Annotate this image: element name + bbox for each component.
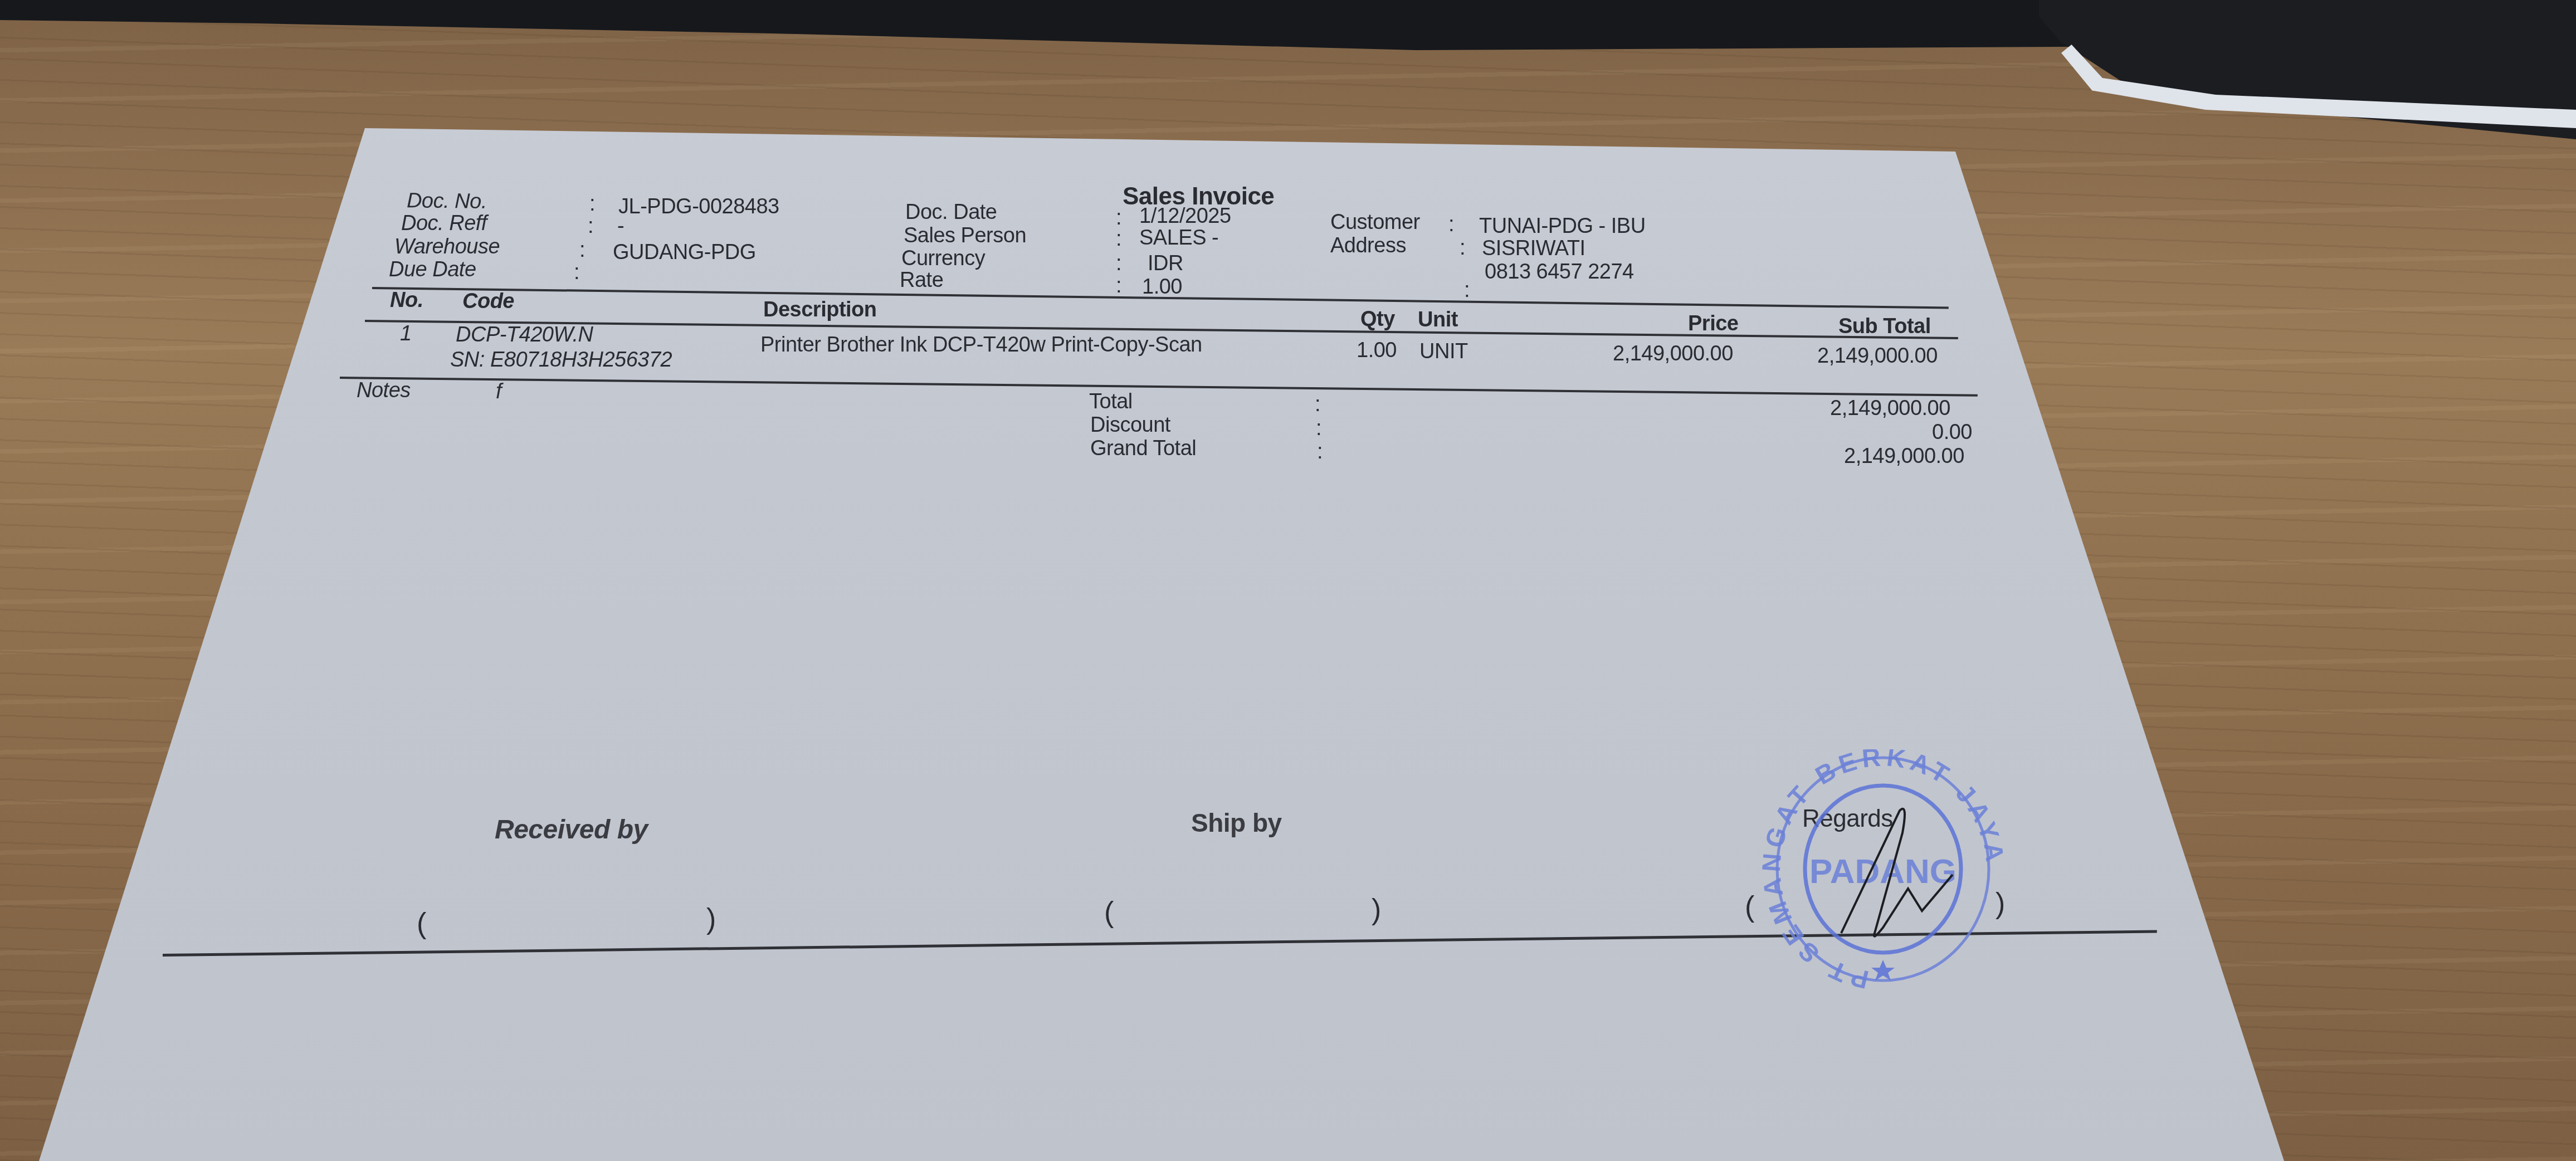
doc-reff-value: - [617, 214, 624, 238]
doc-no-value: JL-PDG-0028483 [618, 195, 779, 219]
address-line1: SISRIWATI [1482, 237, 1585, 261]
row-subtotal: 2,149,000.00 [1817, 344, 1938, 368]
colon: : [1464, 279, 1470, 303]
rate-value: 1.00 [1142, 275, 1182, 299]
ship-by-open-paren: ( [1104, 896, 1114, 929]
currency-value: IDR [1148, 252, 1183, 276]
row-price: 2,149,000.00 [1613, 342, 1733, 366]
received-by-open-paren: ( [417, 907, 426, 940]
table-body-divider [340, 377, 1978, 397]
doc-date-value: 1/12/2025 [1139, 204, 1231, 228]
row-description: Printer Brother Ink DCP-T420w Print-Copy… [760, 333, 1202, 357]
warehouse-value: GUDANG-PDG [613, 241, 756, 265]
address-line2: 0813 6457 2274 [1485, 260, 1634, 284]
row-serial: SN: E80718H3H256372 [450, 348, 672, 372]
colon: : [1116, 227, 1121, 251]
customer-value: TUNAI-PDG - IBU [1479, 214, 1646, 238]
notes-label: Notes [357, 379, 411, 403]
sales-invoice: Sales Invoice Doc. No. : JL-PDG-0028483 … [0, 0, 2576, 1161]
col-qty: Qty [1360, 308, 1395, 331]
received-by-label: Received by [495, 814, 648, 845]
address-label: Address [1330, 234, 1406, 258]
col-no: No. [390, 289, 423, 313]
discount-value: 0.00 [1932, 421, 1972, 445]
ship-by-label: Ship by [1191, 808, 1282, 838]
colon: : [579, 238, 585, 262]
grand-total-label: Grand Total [1090, 437, 1196, 461]
sales-person-value: SALES - [1139, 226, 1218, 250]
colon: : [588, 214, 593, 238]
col-description: Description [763, 298, 877, 322]
doc-date-label: Doc. Date [905, 201, 997, 225]
doc-reff-label: Doc. Reff [401, 212, 487, 236]
row-code: DCP-T420W.N [456, 323, 593, 347]
sales-person-label: Sales Person [904, 224, 1026, 248]
notes-value: f [496, 380, 501, 404]
colon: : [1317, 440, 1323, 464]
regards-open-paren: ( [1745, 890, 1754, 924]
total-label: Total [1089, 390, 1133, 414]
discount-label: Discount [1090, 413, 1170, 437]
colon: : [1315, 393, 1320, 417]
row-qty: 1.00 [1357, 339, 1397, 363]
colon: : [1116, 274, 1121, 298]
colon: : [1116, 252, 1121, 276]
colon: : [1460, 236, 1465, 260]
rate-label: Rate [900, 269, 943, 292]
warehouse-label: Warehouse [394, 235, 500, 259]
row-unit: UNIT [1419, 340, 1468, 364]
grand-total-value: 2,149,000.00 [1844, 445, 1964, 469]
total-value: 2,149,000.00 [1830, 397, 1950, 421]
customer-label: Customer [1330, 211, 1420, 235]
colon: : [1316, 417, 1321, 441]
col-unit: Unit [1418, 308, 1458, 332]
svg-text:PADANG: PADANG [1809, 852, 1957, 891]
col-code: Code [462, 290, 514, 314]
company-stamp-icon: PT SEMANGAT BERKAT JAYA PADANG [1755, 749, 2011, 989]
colon: : [1116, 206, 1121, 230]
colon: : [574, 261, 579, 285]
ship-by-close-paren: ) [1372, 893, 1381, 926]
colon: : [589, 192, 595, 216]
due-date-label: Due Date [389, 258, 476, 282]
currency-label: Currency [901, 247, 985, 271]
colon: : [1448, 213, 1454, 237]
col-subtotal: Sub Total [1838, 315, 1931, 339]
col-price: Price [1688, 312, 1738, 336]
row-no: 1 [400, 322, 412, 346]
received-by-close-paren: ) [706, 903, 716, 936]
doc-no-label: Doc. No. [407, 189, 487, 214]
